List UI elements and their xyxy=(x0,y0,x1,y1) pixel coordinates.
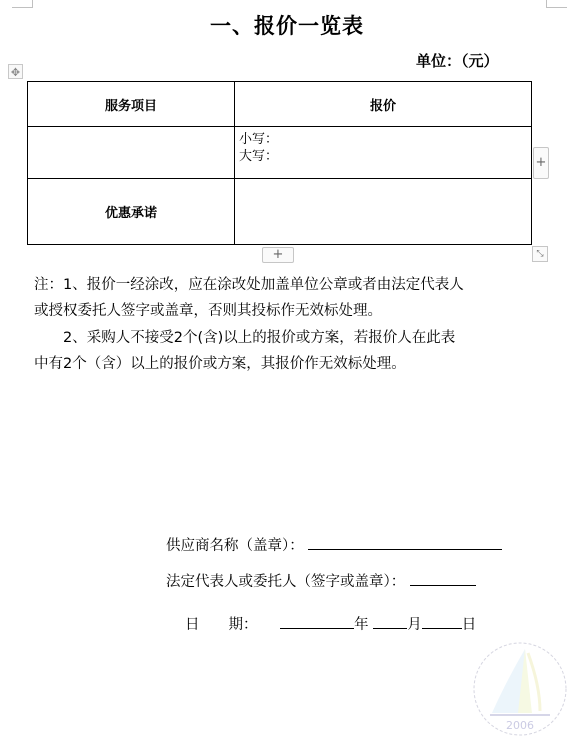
crop-mark-top-right xyxy=(546,0,567,8)
year-label: 年 xyxy=(354,617,369,633)
date-label: 日 期： xyxy=(185,617,258,633)
note-line-3: 2、采购人不接受2个(含)以上的报价或方案，若报价人在此表 xyxy=(34,325,534,351)
note-line-2: 或授权委托人签字或盖章，否则其投标作无效标处理。 xyxy=(34,298,534,324)
month-label: 月 xyxy=(407,617,422,633)
table-resize-handle-icon[interactable]: ⤡ xyxy=(532,246,548,262)
table-row: 优惠承诺 xyxy=(28,179,532,245)
crop-mark-top-left xyxy=(12,0,33,8)
add-column-button[interactable]: + xyxy=(262,247,294,263)
table-row: 小写： 大写： xyxy=(28,127,532,179)
discount-promise-cell[interactable] xyxy=(235,179,532,245)
discount-promise-label[interactable]: 优惠承诺 xyxy=(28,179,235,245)
unit-label: 单位：（元） xyxy=(416,50,499,71)
note-line-1: 注：1、报价一经涂改，应在涂改处加盖单位公章或者由法定代表人 xyxy=(34,272,534,298)
header-service-item[interactable]: 服务项目 xyxy=(28,82,235,127)
service-item-cell[interactable] xyxy=(28,127,235,179)
header-price[interactable]: 报价 xyxy=(235,82,532,127)
price-cell[interactable]: 小写： 大写： xyxy=(235,127,532,179)
price-lowercase-label: 小写： xyxy=(239,131,527,148)
representative-label: 法定代表人或委托人（签字或盖章）： xyxy=(166,574,405,590)
supplier-name-row: 供应商名称（盖章）： xyxy=(166,534,502,555)
svg-text:2006: 2006 xyxy=(506,719,534,732)
day-field[interactable] xyxy=(422,614,462,629)
representative-field[interactable] xyxy=(410,571,476,586)
day-label: 日 xyxy=(462,617,477,633)
quote-table: 服务项目 报价 小写： 大写： 优惠承诺 xyxy=(27,81,532,245)
year-field[interactable] xyxy=(280,614,354,629)
table-header-row: 服务项目 报价 xyxy=(28,82,532,127)
school-logo-watermark-icon: 2006 xyxy=(470,635,570,743)
note-line-4: 中有2个（含）以上的报价或方案，其报价作无效标处理。 xyxy=(34,351,534,377)
month-field[interactable] xyxy=(373,614,407,629)
date-row: 日 期： 年 月日 xyxy=(185,613,476,634)
page-title: 一、报价一览表 xyxy=(0,10,574,40)
add-row-button[interactable]: + xyxy=(533,147,549,179)
table-move-handle-icon[interactable]: ✥ xyxy=(8,64,23,79)
supplier-name-label: 供应商名称（盖章）： xyxy=(166,538,304,554)
supplier-name-field[interactable] xyxy=(308,535,502,550)
representative-row: 法定代表人或委托人（签字或盖章）： xyxy=(166,570,476,591)
price-uppercase-label: 大写： xyxy=(239,148,527,165)
